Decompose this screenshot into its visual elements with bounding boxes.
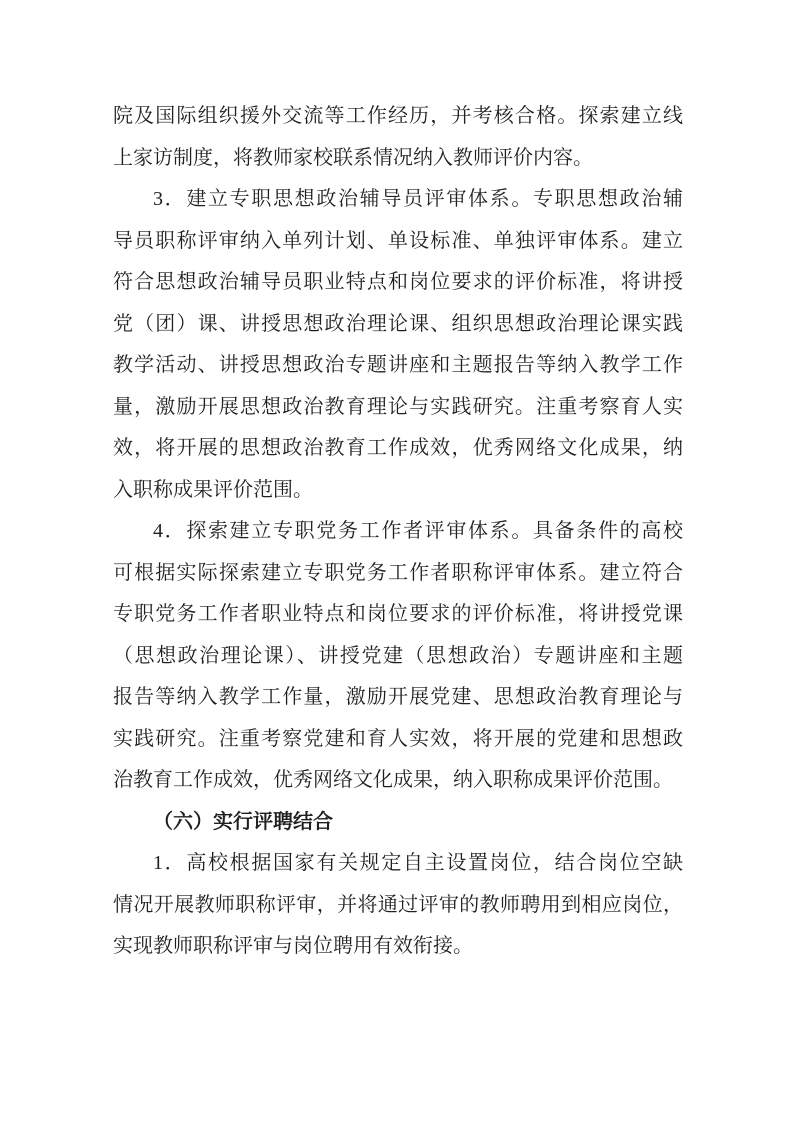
text-line: 4．探索建立专职党务工作者评审体系。具备条件的高校 <box>113 511 683 553</box>
text-line: 治教育工作成效，优秀网络文化成果，纳入职称成果评价范围。 <box>113 760 683 802</box>
body-paragraph: 院及国际组织援外交流等工作经历，并考核合格。探索建立线上家访制度，将教师家校联系… <box>113 96 683 179</box>
body-paragraph: 3．建立专职思想政治辅导员评审体系。专职思想政治辅导员职称评审纳入单列计划、单设… <box>113 179 683 511</box>
text-line: 报告等纳入教学工作量，激励开展党建、思想政治教育理论与 <box>113 677 683 719</box>
text-line: 量，激励开展思想政治教育理论与实践研究。注重考察育人实 <box>113 387 683 429</box>
text-line: 可根据实际探索建立专职党务工作者职称评审体系。建立符合 <box>113 553 683 595</box>
section-heading-paragraph: （六）实行评聘结合 <box>113 802 683 844</box>
text-line: 1．高校根据国家有关规定自主设置岗位，结合岗位空缺 <box>113 843 683 885</box>
text-line: 入职称成果评价范围。 <box>113 470 683 512</box>
document-page: 院及国际组织援外交流等工作经历，并考核合格。探索建立线上家访制度，将教师家校联系… <box>0 0 793 1122</box>
body-paragraph: 4．探索建立专职党务工作者评审体系。具备条件的高校可根据实际探索建立专职党务工作… <box>113 511 683 802</box>
text-line: 院及国际组织援外交流等工作经历，并考核合格。探索建立线 <box>113 96 683 138</box>
text-line: 实践研究。注重考察党建和育人实效，将开展的党建和思想政 <box>113 719 683 761</box>
section-heading: （六）实行评聘结合 <box>113 802 683 844</box>
text-line: 专职党务工作者职业特点和岗位要求的评价标准，将讲授党课 <box>113 594 683 636</box>
text-line: 3．建立专职思想政治辅导员评审体系。专职思想政治辅 <box>113 179 683 221</box>
text-line: 符合思想政治辅导员职业特点和岗位要求的评价标准，将讲授 <box>113 262 683 304</box>
text-line: 党（团）课、讲授思想政治理论课、组织思想政治理论课实践 <box>113 304 683 346</box>
text-line: 实现教师职称评审与岗位聘用有效衔接。 <box>113 926 683 968</box>
text-line: 效，将开展的思想政治教育工作成效，优秀网络文化成果，纳 <box>113 428 683 470</box>
text-line: 导员职称评审纳入单列计划、单设标准、单独评审体系。建立 <box>113 221 683 263</box>
text-block: 院及国际组织援外交流等工作经历，并考核合格。探索建立线上家访制度，将教师家校联系… <box>113 96 683 968</box>
text-line: 情况开展教师职称评审，并将通过评审的教师聘用到相应岗位， <box>113 885 683 927</box>
text-line: 教学活动、讲授思想政治专题讲座和主题报告等纳入教学工作 <box>113 345 683 387</box>
body-paragraph: 1．高校根据国家有关规定自主设置岗位，结合岗位空缺情况开展教师职称评审，并将通过… <box>113 843 683 968</box>
text-line: （思想政治理论课）、讲授党建（思想政治）专题讲座和主题 <box>113 636 683 678</box>
text-line: 上家访制度，将教师家校联系情况纳入教师评价内容。 <box>113 138 683 180</box>
